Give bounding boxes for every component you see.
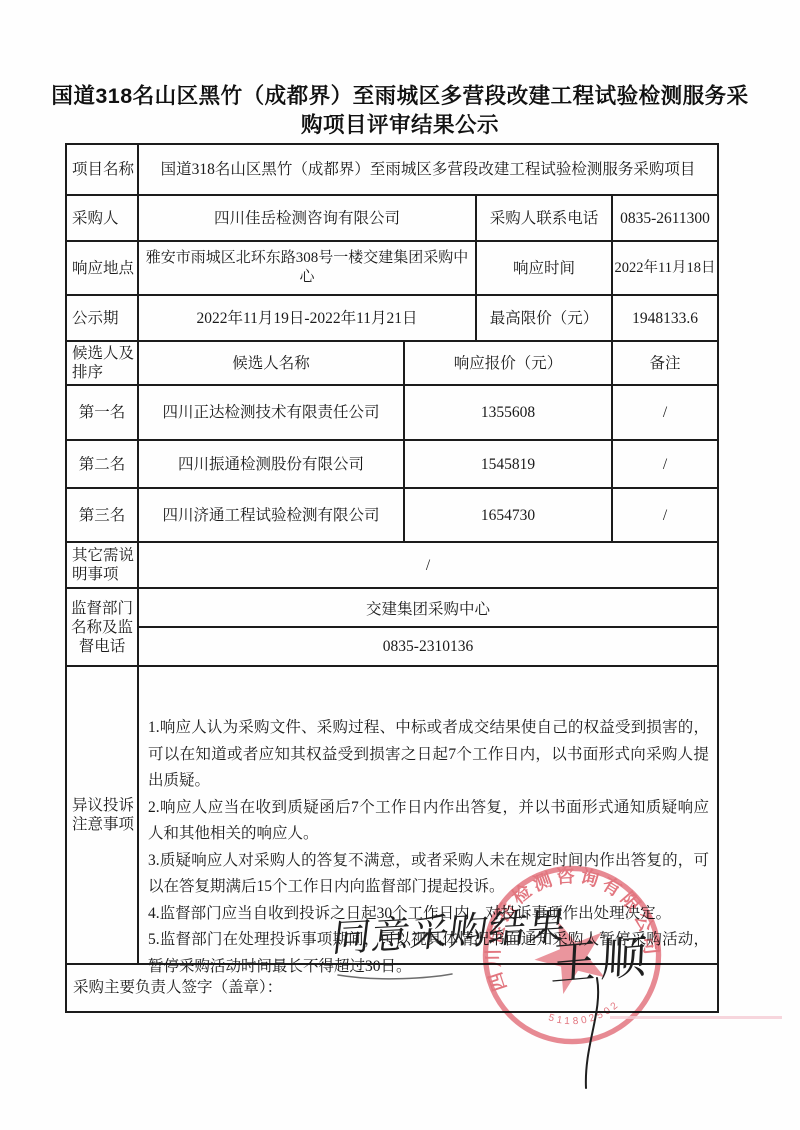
publicity-label: 公示期 <box>67 296 139 340</box>
supervision-phone: 0835-2310136 <box>139 628 717 665</box>
supervision-values: 交建集团采购中心 0835-2310136 <box>139 589 717 665</box>
purchaser-label: 采购人 <box>67 196 139 240</box>
candidate-row: 第三名 四川济通工程试验检测有限公司 1654730 / <box>67 489 717 543</box>
objection-item: 3.质疑响应人对采购人的答复不满意，或者采购人未在规定时间内作出答复的，可以在答… <box>148 848 709 901</box>
objection-items: 1.响应人认为采购文件、采购过程、中标或者成交结果使自己的权益受到损害的，可以在… <box>139 667 717 963</box>
candidates-price-header: 响应报价（元） <box>405 342 613 384</box>
candidate-rank: 第一名 <box>67 386 139 439</box>
project-name-value: 国道318名山区黑竹（成都界）至雨城区多营段改建工程试验检测服务采购项目 <box>139 145 717 194</box>
stamp-ink-smear <box>610 1016 782 1019</box>
candidate-remark: / <box>613 441 717 487</box>
other-notes-value: / <box>139 543 717 587</box>
response-time-label: 响应时间 <box>477 242 613 294</box>
purchaser-phone-value: 0835-2611300 <box>613 196 717 240</box>
supervision-label: 监督部门名称及监督电话 <box>67 589 139 665</box>
response-time-value: 2022年11月18日 <box>613 242 717 294</box>
scanned-announcement-page: { "title": { "line1": "国道318名山区黑竹（成都界）至雨… <box>0 0 800 1130</box>
objection-label: 异议投诉注意事项 <box>67 667 139 963</box>
table-row-other-notes: 其它需说明事项 / <box>67 543 717 589</box>
max-price-label: 最高限价（元） <box>477 296 613 340</box>
candidate-name: 四川振通检测股份有限公司 <box>139 441 405 487</box>
response-place-label: 响应地点 <box>67 242 139 294</box>
max-price-value: 1948133.6 <box>613 296 717 340</box>
table-row-objection: 异议投诉注意事项 1.响应人认为采购文件、采购过程、中标或者成交结果使自己的权益… <box>67 667 717 965</box>
candidate-rank: 第三名 <box>67 489 139 541</box>
candidates-header-row: 候选人及排序 候选人名称 响应报价（元） 备注 <box>67 342 717 386</box>
table-row-purchaser: 采购人 四川佳岳检测咨询有限公司 采购人联系电话 0835-2611300 <box>67 196 717 242</box>
objection-item: 1.响应人认为采购文件、采购过程、中标或者成交结果使自己的权益受到损害的，可以在… <box>148 715 709 795</box>
objection-item: 4.监督部门应当自收到投诉之日起30个工作日内，对投诉事项作出处理决定。 <box>148 901 709 928</box>
candidate-name: 四川济通工程试验检测有限公司 <box>139 489 405 541</box>
objection-item: 2.响应人应当在收到质疑函后7个工作日内作出答复，并以书面形式通知质疑响应人和其… <box>148 795 709 848</box>
table-row-response: 响应地点 雅安市雨城区北环东路308号一楼交建集团采购中心 响应时间 2022年… <box>67 242 717 296</box>
announcement-table: 项目名称 国道318名山区黑竹（成都界）至雨城区多营段改建工程试验检测服务采购项… <box>65 143 719 1013</box>
table-row-project: 项目名称 国道318名山区黑竹（成都界）至雨城区多营段改建工程试验检测服务采购项… <box>67 145 717 196</box>
response-place-value: 雅安市雨城区北环东路308号一楼交建集团采购中心 <box>139 242 477 294</box>
candidate-remark: / <box>613 489 717 541</box>
candidate-row: 第一名 四川正达检测技术有限责任公司 1355608 / <box>67 386 717 441</box>
candidate-remark: / <box>613 386 717 439</box>
candidate-price: 1654730 <box>405 489 613 541</box>
candidate-rank: 第二名 <box>67 441 139 487</box>
candidate-price: 1355608 <box>405 386 613 439</box>
candidate-name: 四川正达检测技术有限责任公司 <box>139 386 405 439</box>
signature-row-label: 采购主要负责人签字（盖章）： <box>67 965 717 1009</box>
table-row-supervision: 监督部门名称及监督电话 交建集团采购中心 0835-2310136 <box>67 589 717 667</box>
candidates-name-header: 候选人名称 <box>139 342 405 384</box>
publicity-value: 2022年11月19日-2022年11月21日 <box>139 296 477 340</box>
page-title-line2: 购项目评审结果公示 <box>50 111 750 140</box>
candidates-remark-header: 备注 <box>613 342 717 384</box>
page-title: 国道318名山区黑竹（成都界）至雨城区多营段改建工程试验检测服务采 购项目评审结… <box>50 82 750 140</box>
candidate-price: 1545819 <box>405 441 613 487</box>
purchaser-phone-label: 采购人联系电话 <box>477 196 613 240</box>
table-row-signature: 采购主要负责人签字（盖章）： <box>67 965 717 1009</box>
page-title-line1: 国道318名山区黑竹（成都界）至雨城区多营段改建工程试验检测服务采 <box>50 82 750 111</box>
purchaser-value: 四川佳岳检测咨询有限公司 <box>139 196 477 240</box>
candidate-row: 第二名 四川振通检测股份有限公司 1545819 / <box>67 441 717 489</box>
table-row-publicity: 公示期 2022年11月19日-2022年11月21日 最高限价（元） 1948… <box>67 296 717 342</box>
supervision-dept: 交建集团采购中心 <box>139 589 717 628</box>
other-notes-label: 其它需说明事项 <box>67 543 139 587</box>
candidates-rank-header: 候选人及排序 <box>67 342 139 384</box>
project-name-label: 项目名称 <box>67 145 139 194</box>
